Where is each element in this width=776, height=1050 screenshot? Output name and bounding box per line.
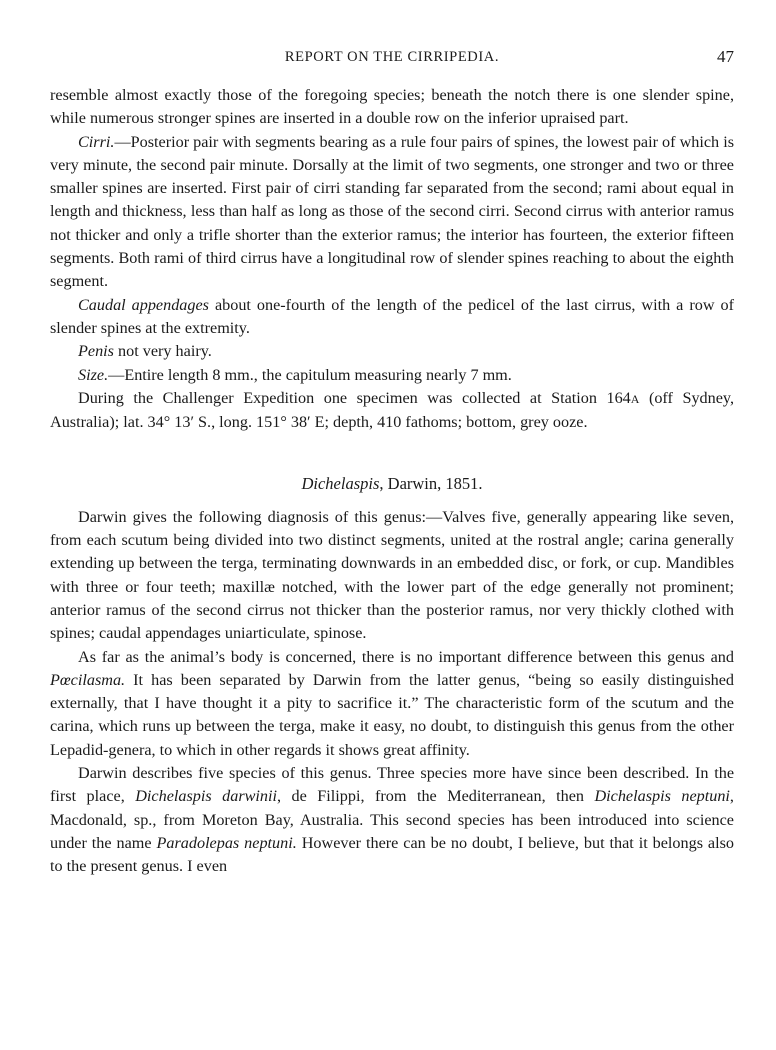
- section-heading: Dichelaspis, Darwin, 1851.: [50, 472, 734, 495]
- paragraph-lead: Cirri.: [78, 133, 114, 151]
- paragraph-penis: Penis not very hairy.: [50, 340, 734, 363]
- page-number: 47: [717, 47, 734, 67]
- genus-name: Dichelaspis: [301, 474, 379, 493]
- paragraph-text: —Posterior pair with segments bearing as…: [50, 133, 734, 291]
- paragraph-text: It has been separated by Darwin from the…: [50, 671, 734, 759]
- species-name: Paradolepas neptuni.: [157, 834, 297, 852]
- species-name: Dichelaspis darwinii: [135, 787, 277, 805]
- paragraph-station: During the Challenger Expedition one spe…: [50, 387, 734, 435]
- paragraph-size: Size.—Entire length 8 mm., the capitulum…: [50, 364, 734, 387]
- paragraph-lead: Size.: [78, 366, 108, 384]
- body-text: resemble almost exactly those of the for…: [50, 84, 734, 879]
- paragraph-text: During the Challenger Expedition one spe…: [78, 389, 631, 407]
- paragraph-lead: Caudal appendages: [78, 296, 209, 314]
- paragraph-continuation: resemble almost exactly those of the for…: [50, 84, 734, 131]
- paragraph-caudal-appendages: Caudal appendages about one-fourth of th…: [50, 294, 734, 341]
- paragraph-animal-body: As far as the animal’s body is concerned…: [50, 646, 734, 762]
- genus-authority: , Darwin, 1851.: [379, 474, 482, 493]
- paragraph-text: , de Filippi, from the Mediterranean, th…: [277, 787, 594, 805]
- running-header: REPORT ON THE CIRRIPEDIA. 47: [50, 47, 734, 69]
- paragraph-text: not very hairy.: [114, 342, 212, 360]
- genus-name: Pœcilasma.: [50, 671, 125, 689]
- running-title: REPORT ON THE CIRRIPEDIA.: [50, 49, 734, 66]
- species-name: Dichelaspis neptuni: [594, 787, 729, 805]
- paragraph-lead: Penis: [78, 342, 114, 360]
- paragraph-text: —Entire length 8 mm., the capitulum meas…: [108, 366, 512, 384]
- paragraph-diagnosis: Darwin gives the following diagnosis of …: [50, 506, 734, 646]
- paragraph-cirri: Cirri.—Posterior pair with segments bear…: [50, 131, 734, 294]
- paragraph-species: Darwin describes five species of this ge…: [50, 762, 734, 878]
- paragraph-text: As far as the animal’s body is concerned…: [78, 648, 734, 666]
